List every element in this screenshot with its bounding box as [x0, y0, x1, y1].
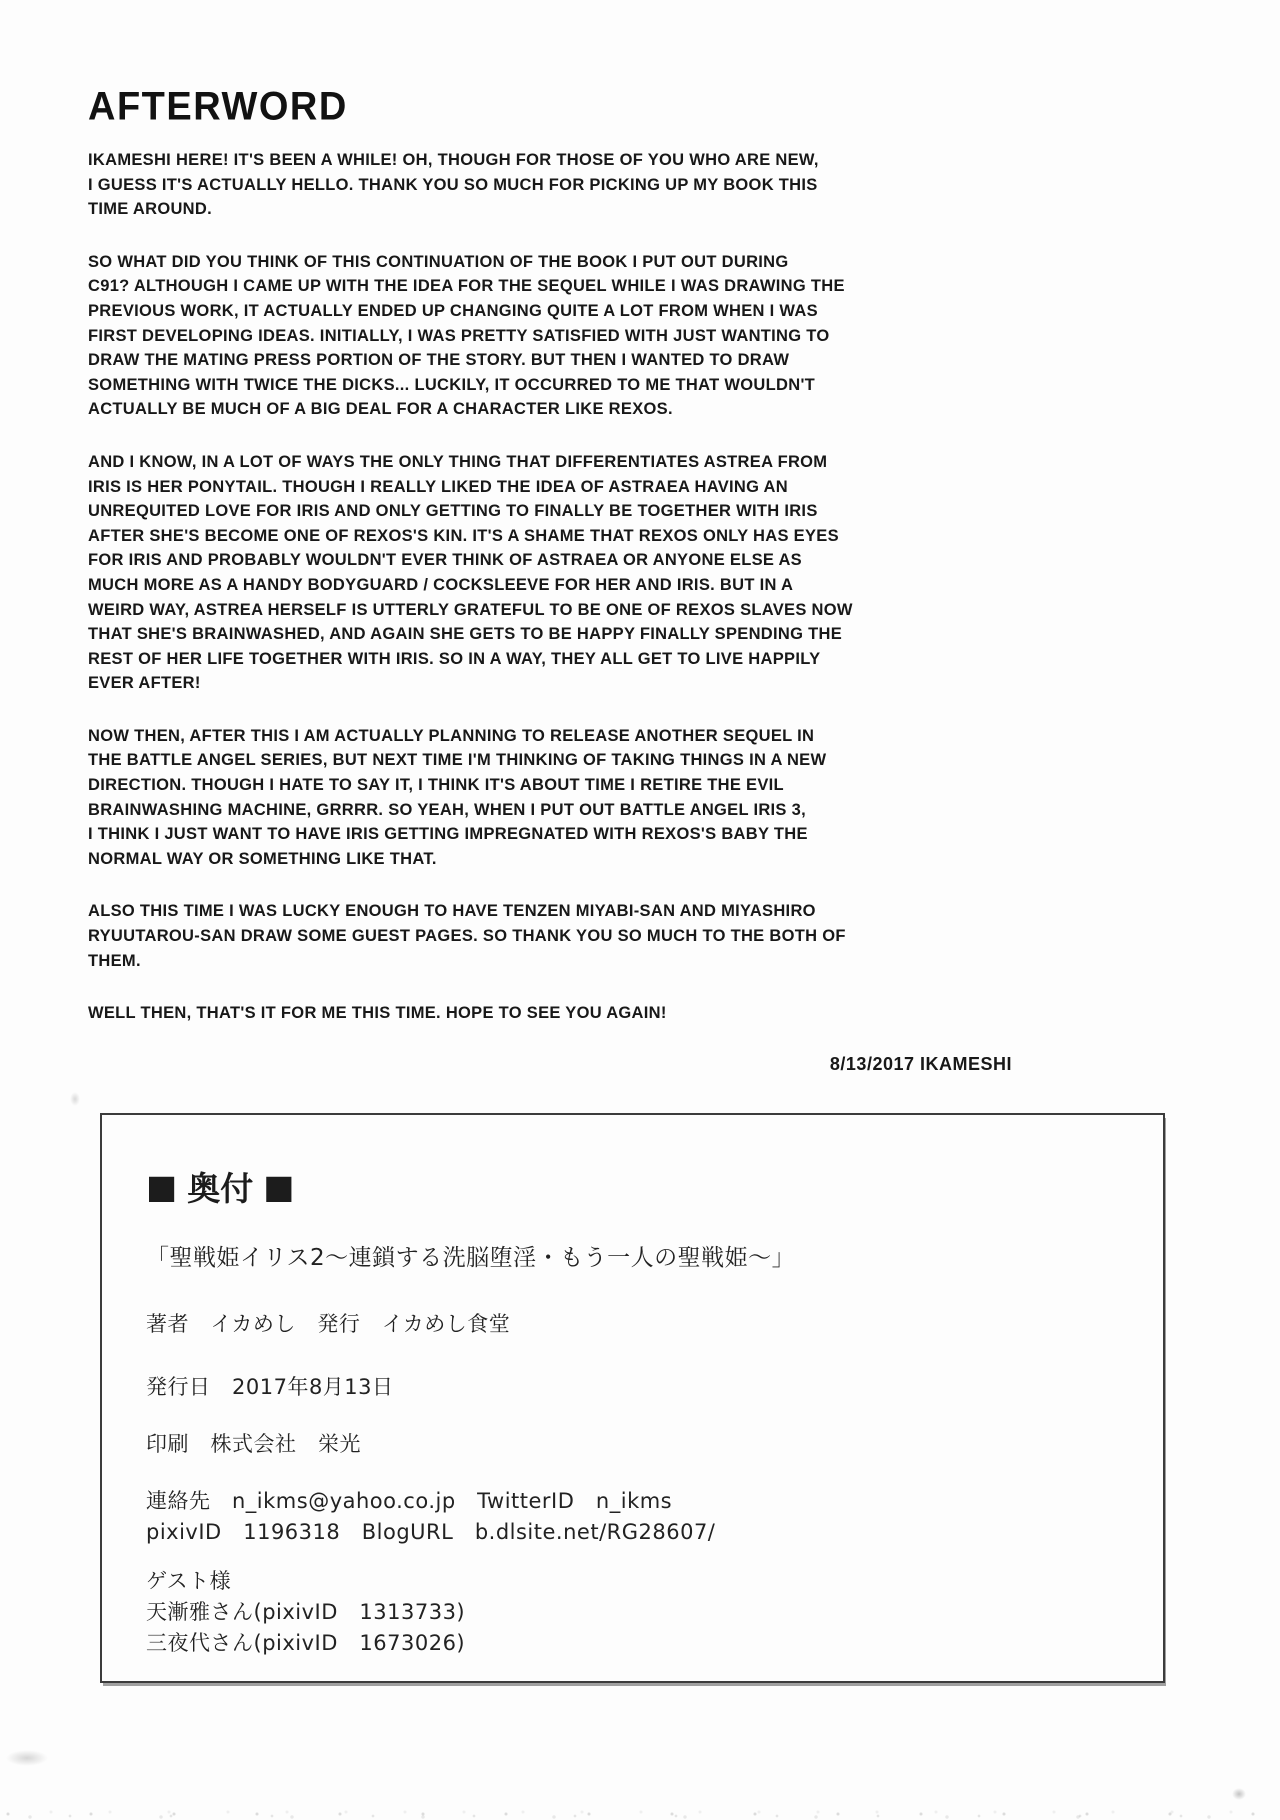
colophon-contact-info: 連絡先 n_ikms@yahoo.co.jp TwitterID n_ikms … [146, 1486, 715, 1548]
colophon-heading-text: 奥付 [187, 1163, 253, 1210]
scan-artifact [1232, 1788, 1246, 1800]
afterword-paragraph-3: AND I KNOW, IN A LOT OF WAYS THE ONLY TH… [88, 450, 1012, 696]
afterword-body: IKAMESHI HERE! IT'S BEEN A WHILE! OH, TH… [88, 148, 1012, 1075]
afterword-paragraph-1: IKAMESHI HERE! IT'S BEEN A WHILE! OH, TH… [88, 148, 1012, 222]
page-title: AFTERWORD [88, 85, 348, 130]
signoff-date: 8/13/2017 IKAMESHI [88, 1054, 1012, 1075]
colophon-printer: 印刷 株式会社 栄光 [146, 1429, 361, 1460]
colophon-publication-date: 発行日 2017年8月13日 [146, 1372, 394, 1403]
afterword-page: AFTERWORD IKAMESHI HERE! IT'S BEEN A WHI… [0, 0, 1280, 1820]
colophon-author-publisher: 著者 イカめし 発行 イカめし食堂 [146, 1309, 510, 1340]
colophon-book-title: 「聖戦姫イリス2～連鎖する洗脳堕淫・もう一人の聖戦姫～」 [146, 1243, 795, 1274]
scan-artifact [6, 1750, 48, 1766]
afterword-paragraph-6: WELL THEN, THAT'S IT FOR ME THIS TIME. H… [88, 1001, 1012, 1026]
colophon-box: ■ 奥付 ■ 「聖戦姫イリス2～連鎖する洗脳堕淫・もう一人の聖戦姫～」 著者 イ… [100, 1113, 1165, 1683]
colophon-heading: ■ 奥付 ■ [146, 1163, 294, 1210]
afterword-paragraph-4: NOW THEN, AFTER THIS I AM ACTUALLY PLANN… [88, 724, 1012, 872]
afterword-paragraph-5: ALSO THIS TIME I WAS LUCKY ENOUGH TO HAV… [88, 899, 1012, 973]
afterword-paragraph-2: SO WHAT DID YOU THINK OF THIS CONTINUATI… [88, 250, 1012, 422]
black-square-icon: ■ [146, 1170, 177, 1203]
scan-artifact [70, 1092, 80, 1106]
scan-noise-band [0, 1804, 1280, 1820]
black-square-icon: ■ [263, 1170, 294, 1203]
colophon-guest-credits: ゲスト様 天漸雅さん(pixivID 1313733) 三夜代さん(pixivI… [146, 1566, 465, 1659]
